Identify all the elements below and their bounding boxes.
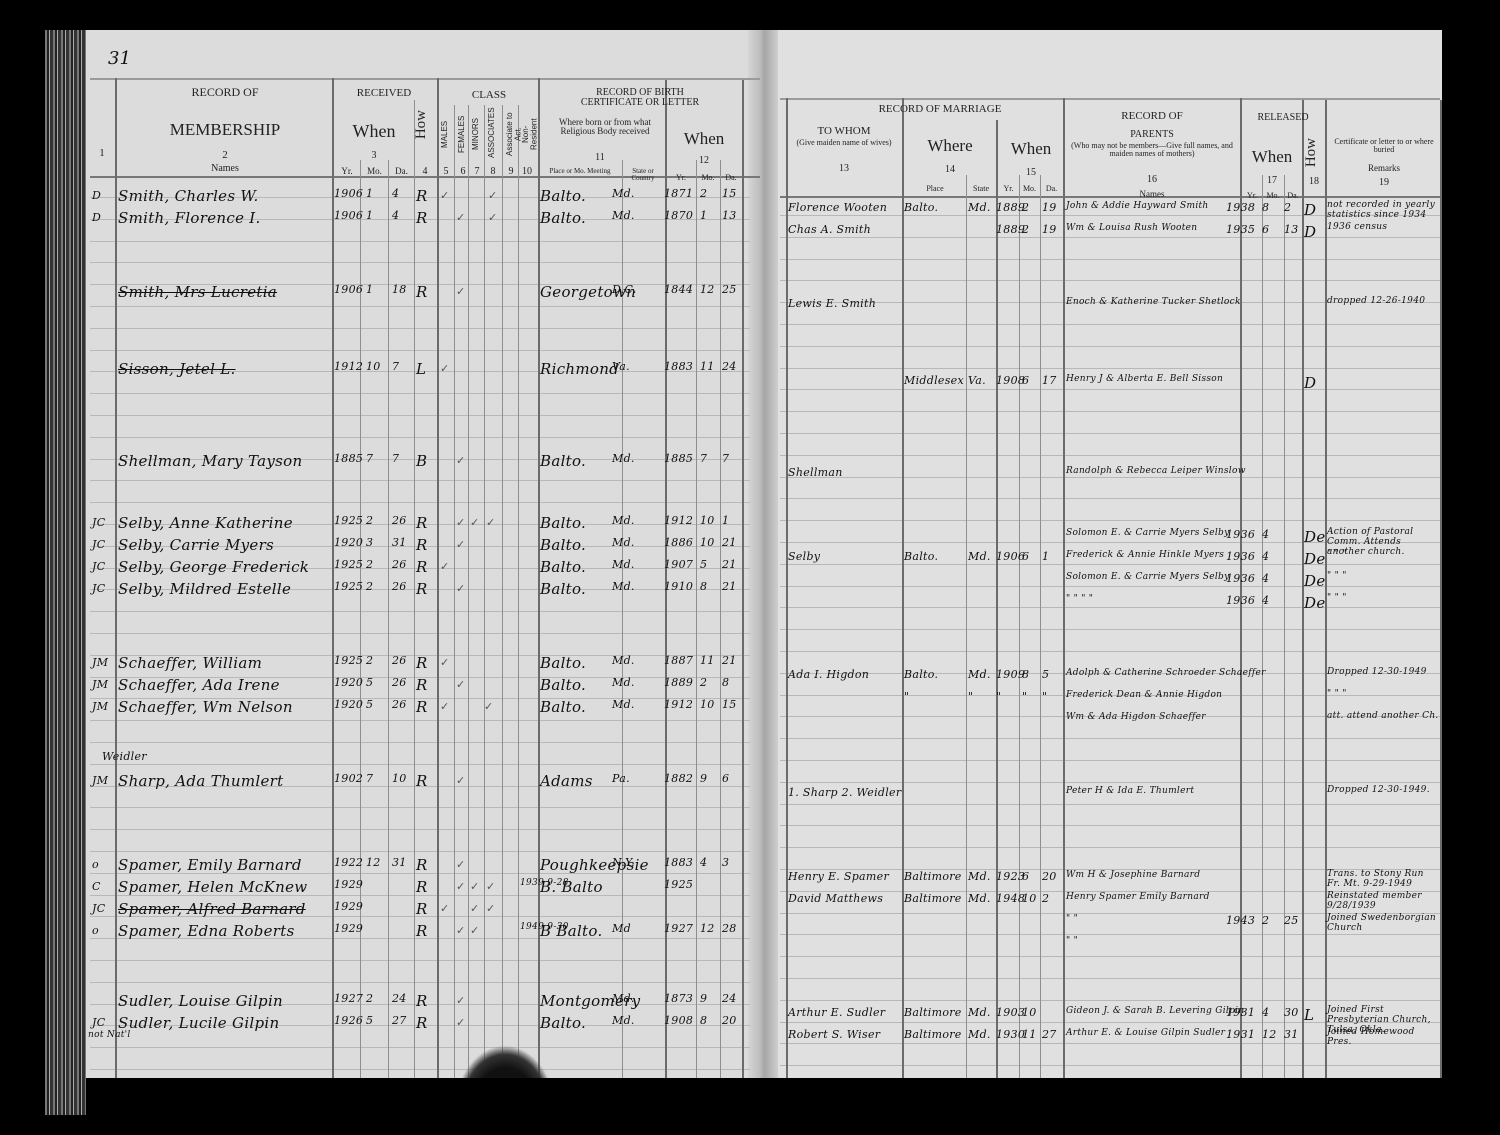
received-how: R [416,698,428,716]
check-icon: ✓ [440,656,449,669]
col-divider [1284,175,1285,1078]
check-icon: ✓ [486,516,495,529]
birth-place: Balto. [540,558,586,576]
received-how: R [416,558,428,576]
row-mark: JM [92,700,108,713]
marriage-day: " [1042,690,1047,703]
class-col-num: 10 [519,167,535,178]
member-name: Smith, Florence I. [118,209,261,227]
member-name: Smith, Mrs Lucretia [118,283,277,301]
col-divider [115,78,117,1078]
col-divider [902,98,904,1078]
check-icon: ✓ [440,560,449,573]
col-divider [388,160,389,1078]
parents-label: PARENTS [1066,130,1238,141]
marriage-day: 20 [1042,870,1057,883]
ruled-line [780,455,1440,456]
class-label: CLASS [440,90,538,102]
ruled-line [780,586,1440,587]
received-how: R [416,1014,428,1032]
place-label: Place or Mo. Meeting [540,168,620,175]
ruled-line [780,564,1440,565]
check-icon: ✓ [486,902,495,915]
member-name: Selby, Anne Katherine [118,514,293,532]
birth-day: 24 [722,992,737,1005]
birth-place: Richmond [540,360,619,378]
remarks-text: Dropped 12-30-1949 [1327,668,1439,678]
member-name: Smith, Charles W. [118,187,259,205]
marriage-place: Balto. [904,668,938,681]
to-whom-label: TO WHOM [788,126,900,138]
birth-state: Md. [612,452,635,465]
marriage-title: RECORD OF MARRIAGE [840,104,1040,116]
birth-title-2: CERTIFICATE OR LETTER [540,98,740,109]
received-year: 1925 [334,654,363,667]
birth-day: 25 [722,283,737,296]
check-icon: ✓ [456,582,465,595]
ruled-line [780,847,1440,848]
birth-year: 1908 [664,1014,693,1027]
birth-month: 9 [700,772,707,785]
remarks-text: Joined Swedenborgian Church [1327,914,1439,934]
birth-month: 2 [700,187,707,200]
state-country-label: State or Country [622,168,664,183]
birth-place: B Balto. [540,922,603,940]
col-divider [454,105,455,1078]
parents-names: Frederick Dean & Annie Higdon [1066,690,1222,700]
parents-names: " " " " [1066,594,1093,604]
birth-year: 1871 [664,187,693,200]
marriage-state: Md. [968,550,991,563]
birth-state: Md. [612,514,635,527]
record-of-label: RECORD OF [120,86,330,99]
released-year: 1931 [1226,1028,1255,1041]
check-icon: ✓ [440,902,449,915]
received-day: 26 [392,676,407,689]
released-how: D [1304,223,1316,241]
birth-month: 12 [700,283,715,296]
received-month: 2 [366,558,373,571]
received-how: R [416,772,428,790]
col-num-1: 1 [97,148,107,160]
ruled-line [780,477,1440,478]
parents-names: Adolph & Catherine Schroeder Schaeffer [1066,668,1266,678]
released-day: 31 [1284,1028,1299,1041]
birth-place: Balto. [540,536,586,554]
birth-place: Balto. [540,676,586,694]
class-col-label: Non-Resident [522,110,539,158]
received-how: L [416,360,426,378]
col-num-12: 12 [666,156,742,167]
birth-state: Md. [612,698,635,711]
marriage-month: " [1022,690,1027,703]
marriage-month: 6 [1022,870,1029,883]
scan-shadow [86,1078,1442,1135]
birth-state: Pa. [612,772,630,785]
birth-month: 4 [700,856,707,869]
marriage-month: 2 [1022,223,1029,236]
received-month: 12 [366,856,381,869]
parents-names: " " [1066,936,1078,946]
birth-day: 13 [722,209,737,222]
row-mark: JC [92,560,105,573]
birth-state: Md. [612,676,635,689]
member-name: Selby, Mildred Estelle [118,580,291,598]
ruled-line [780,433,1440,434]
mo-label: Mo. [361,167,388,176]
received-year: 1912 [334,360,363,373]
names-label: Names [120,164,330,175]
ruled-line [780,1065,1440,1066]
when-label-released: When [1242,148,1302,166]
to-whom-note: (Give maiden name of wives) [792,139,896,147]
spouse-name: Ada I. Higdon [788,668,869,681]
received-day: 26 [392,698,407,711]
parents-title: RECORD OF [1066,111,1238,123]
released-month: 4 [1262,528,1269,541]
marriage-year: 1906 [996,550,1025,563]
released-how: De [1304,528,1326,546]
birth-state: Md. [612,580,635,593]
received-year: 1925 [334,558,363,571]
remarks-text: att. attend another Ch. [1327,712,1439,722]
received-month: 7 [366,452,373,465]
birth-month: 10 [700,698,715,711]
birth-state: Md. [612,536,635,549]
b-yr-label: Yr. [666,174,696,182]
ruled-line [780,389,1440,390]
ruled-line [90,611,750,612]
marriage-month: 11 [1022,1028,1037,1041]
check-icon: ✓ [456,858,465,871]
check-icon: ✓ [470,516,479,529]
marriage-state: Md. [968,1006,991,1019]
birth-day: 3 [722,856,729,869]
ruled-line [780,1000,1440,1001]
spouse-name: Lewis E. Smith [788,297,876,310]
check-icon: ✓ [488,211,497,224]
released-how: D [1304,374,1316,392]
check-icon: ✓ [470,880,479,893]
received-month: 1 [366,187,373,200]
released-year: 1938 [1226,201,1255,214]
birth-day: 6 [722,772,729,785]
col-num-2: 2 [120,150,330,162]
birth-month: 8 [700,580,707,593]
class-col-label: MALES [441,110,449,158]
marriage-place: Baltimore [904,1006,962,1019]
col-num-16: 16 [1066,175,1238,186]
birth-month: 9 [700,992,707,1005]
birth-day: 24 [722,360,737,373]
check-icon: ✓ [456,994,465,1007]
ruled-line [780,934,1440,935]
received-month: 1 [366,283,373,296]
class-col-num: 9 [503,167,519,178]
class-col-label: FEMALES [458,110,466,158]
marriage-year: 1889 [996,201,1025,214]
released-how: De [1304,594,1326,612]
received-how: R [416,209,428,227]
birth-state: N.Y. [612,856,635,869]
when-label-marriage: When [998,140,1064,158]
received-year: 1906 [334,283,363,296]
birth-place: B. Balto [540,878,603,896]
where-born-label: Where born or from what Religious Body r… [545,118,665,137]
released-month: 4 [1262,1006,1269,1019]
yr-label: Yr. [334,167,360,176]
received-how: R [416,856,428,874]
birth-day: 20 [722,1014,737,1027]
released-label: RELEASED [1242,113,1324,124]
received-how: B [416,452,427,470]
ruled-line [90,851,750,852]
member-name: Sudler, Louise Gilpin [118,992,283,1010]
place2-label: Place [904,185,966,193]
spouse-name: Chas A. Smith [788,223,871,236]
birth-state: Va. [612,360,630,373]
released-day: 2 [1284,201,1291,214]
marriage-day: 19 [1042,201,1057,214]
received-day: 26 [392,514,407,527]
birth-day: 15 [722,698,737,711]
released-year: 1935 [1226,223,1255,236]
ruled-line [90,764,750,765]
remarks-text: not recorded in yearly statistics since … [1327,201,1439,221]
received-day: 26 [392,580,407,593]
ruled-line [90,1069,750,1070]
received-month: 2 [366,992,373,1005]
birth-year: 1873 [664,992,693,1005]
received-year: 1929 [334,922,363,935]
col-divider [742,80,744,1078]
class-col-num: 5 [438,167,454,178]
check-icon: ✓ [440,189,449,202]
ruled-line [780,651,1440,652]
ruled-line [780,280,1440,281]
parents-names: Henry J & Alberta E. Bell Sisson [1066,374,1223,384]
spouse-name: Arthur E. Sudler [788,1006,885,1019]
birth-month: 8 [700,1014,707,1027]
check-icon: ✓ [456,454,465,467]
check-icon: ✓ [470,924,479,937]
parents-names: Peter H & Ida E. Thumlert [1066,786,1194,796]
ruled-line [780,368,1440,369]
released-year: 1936 [1226,572,1255,585]
ruled-line [90,241,750,242]
parents-names: Gideon J. & Sarah B. Levering Gilpin [1066,1006,1244,1016]
parents-names: Wm & Ada Higdon Schaeffer [1066,712,1206,722]
birth-place: Balto. [540,209,586,227]
marriage-day: 1 [1042,550,1049,563]
member-name: Selby, George Frederick [118,558,309,576]
received-how: R [416,187,428,205]
birth-year: 1882 [664,772,693,785]
parents-note: (Who may not be members—Give full names,… [1070,142,1234,159]
birth-year: 1844 [664,283,693,296]
birth-day: 21 [722,580,737,593]
marriage-place: Middlesex [904,374,964,387]
marriage-place: Baltimore [904,1028,962,1041]
marriage-day: 2 [1042,892,1049,905]
received-day: 10 [392,772,407,785]
check-icon: ✓ [486,880,495,893]
marriage-state: " [968,690,973,703]
parents-names: Randolph & Rebecca Leiper Winslow [1066,466,1246,476]
parents-names: Henry Spamer Emily Barnard [1066,892,1210,902]
marriage-place: Balto. [904,201,938,214]
header-top-rule-right [780,98,1440,100]
received-how: R [416,514,428,532]
marriage-year: 1908 [996,374,1025,387]
received-year: 1927 [334,992,363,1005]
received-month: 7 [366,772,373,785]
ruled-line [780,738,1440,739]
check-icon: ✓ [456,516,465,529]
received-how: R [416,580,428,598]
ruled-line [90,437,750,438]
received-day: 4 [392,187,399,200]
row-mark: JM [92,774,108,787]
member-name: Schaeffer, Ada Irene [118,676,280,694]
remarks-text: Reinstated member 9/28/1939 [1327,892,1439,912]
received-day: 31 [392,536,407,549]
check-icon: ✓ [456,538,465,551]
ruled-line [780,782,1440,783]
header-top-rule [90,78,760,80]
parents-names: Enoch & Katherine Tucker Shetlock [1066,297,1241,307]
received-how: R [416,922,428,940]
marriage-state: Md. [968,870,991,883]
released-year: 1936 [1226,528,1255,541]
check-icon: ✓ [440,362,449,375]
col-num-15: 15 [998,168,1064,179]
row-mark: JM [92,656,108,669]
birth-state: Md [612,922,631,935]
ruled-line [780,607,1440,608]
birth-day: 1 [722,514,729,527]
parents-names: Wm H & Josephine Barnard [1066,870,1200,880]
birth-state: D.C. [612,283,637,296]
ruled-line [780,237,1440,238]
received-how: R [416,654,428,672]
birth-year: 1883 [664,856,693,869]
check-icon: ✓ [456,774,465,787]
remarks-text: Dropped 12-30-1949. [1327,786,1439,796]
name-annotation: Weidler [102,750,147,763]
ruled-line [90,742,750,743]
col-divider [1040,175,1041,1078]
row-mark: D [92,211,101,224]
col-divider [720,160,721,1078]
ruled-line [90,306,750,307]
marriage-day: 19 [1042,223,1057,236]
birth-day: 7 [722,452,729,465]
m-mo-label: Mo. [1019,185,1040,193]
margin-note: not Nat'l [88,1030,131,1040]
ruled-line [780,760,1440,761]
parents-names: Arthur E. & Louise Gilpin Sudler [1066,1028,1225,1038]
birth-year: 1889 [664,676,693,689]
ruled-line [90,1047,750,1048]
member-name: Sudler, Lucile Gilpin [118,1014,279,1032]
received-year: 1929 [334,900,363,913]
col-num-11: 11 [540,153,660,164]
received-day: 7 [392,452,399,465]
marriage-state: Md. [968,1028,991,1041]
ruled-line [90,982,750,983]
marriage-state: Md. [968,892,991,905]
state-label: State [966,185,996,193]
birth-place: Balto. [540,514,586,532]
spouse-name: David Matthews [788,892,883,905]
ruled-line [90,829,750,830]
class-col-num: 8 [485,167,501,178]
how-label-released: How [1304,138,1324,167]
col-divider [1262,175,1263,1078]
m-yr-label: Yr. [998,185,1019,193]
b-mo-label: Mo. [696,174,720,182]
remarks-text: " " " [1327,550,1439,560]
birth-month: 7 [700,452,707,465]
row-mark: D [92,189,101,202]
member-name: Selby, Carrie Myers [118,536,274,554]
row-mark: JC [92,1016,105,1029]
ruled-line [90,350,750,351]
check-icon: ✓ [488,189,497,202]
received-day: 7 [392,360,399,373]
birth-month: 10 [700,514,715,527]
remarks-note: Certificate or letter to or where buried [1330,138,1438,155]
birth-year: 1910 [664,580,693,593]
birth-year: 1887 [664,654,693,667]
row-mark: JM [92,678,108,691]
released-month: 4 [1262,550,1269,563]
received-day: 4 [392,209,399,222]
received-year: 1929 [334,878,363,891]
birth-state: Md. [612,558,635,571]
check-icon: ✓ [456,880,465,893]
member-name: Schaeffer, Wm Nelson [118,698,293,716]
marriage-year: 1909 [996,668,1025,681]
check-icon: ✓ [484,700,493,713]
received-year: 1902 [334,772,363,785]
ruled-line [90,262,750,263]
ruled-line [90,633,750,634]
how-label: How [414,110,436,139]
birth-day: 15 [722,187,737,200]
birth-month: 10 [700,536,715,549]
col-divider [1240,98,1242,1078]
col-divider [518,105,519,1078]
received-year: 1920 [334,698,363,711]
received-how: R [416,283,428,301]
remarks-text: " " " [1327,690,1439,700]
received-day: 26 [392,654,407,667]
marriage-month: 8 [1022,668,1029,681]
col-divider [786,98,788,1078]
ruled-line [780,498,1440,499]
birth-year: 1883 [664,360,693,373]
received-year: 1906 [334,187,363,200]
received-year: 1920 [334,676,363,689]
remarks-label: Remarks [1330,164,1438,173]
birth-year: 1885 [664,452,693,465]
birth-year: 1907 [664,558,693,571]
col-divider [966,175,967,1078]
released-month: 8 [1262,201,1269,214]
names-label-parents: Names [1066,190,1238,199]
